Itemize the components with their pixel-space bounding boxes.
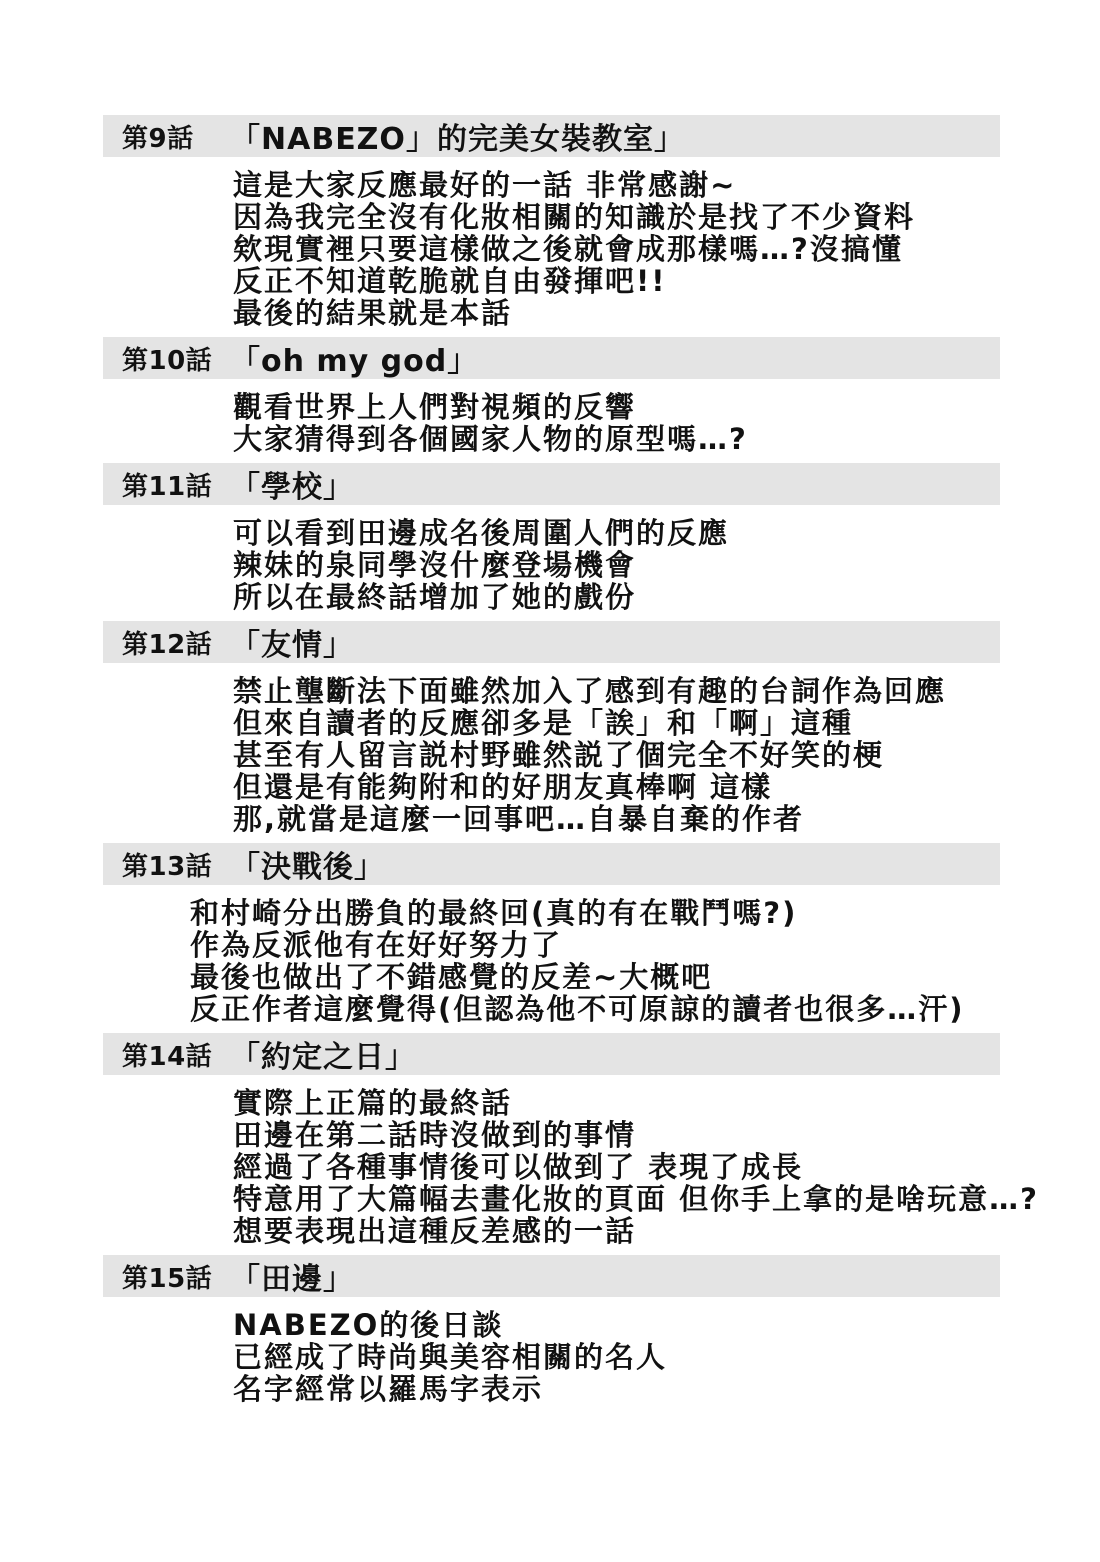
afterword-page: 第9話 「NABEZO」的完美女裝教室」 這是大家反應最好的一話 非常感謝~ 因… [0,0,1100,1562]
comment-line: 所以在最終話增加了她的戲份 [233,581,1000,613]
chapter-heading: 第15話 「田邊」 [103,1255,1000,1297]
chapter-section-13: 第13話 「決戰後」 和村崎分出勝負的最終回(真的有在戰鬥嗎?) 作為反派他有在… [103,843,1000,1025]
chapter-heading: 第9話 「NABEZO」的完美女裝教室」 [103,115,1000,157]
comment-line: 但還是有能夠附和的好朋友真棒啊 這樣 [233,771,1000,803]
comment-line: 禁止壟斷法下面雖然加入了感到有趣的台詞作為回應 [233,675,1000,707]
chapter-title: 「NABEZO」的完美女裝教室」 [230,114,685,158]
comment-line: 作為反派他有在好好努力了 [190,929,1000,961]
chapter-section-10: 第10話 「oh my god」 觀看世界上人們對視頻的反響 大家猜得到各個國家… [103,337,1000,455]
comment-line: 可以看到田邊成名後周圍人們的反應 [233,517,1000,549]
chapter-number: 第12話 [122,624,230,661]
comment-line: 因為我完全沒有化妝相關的知識於是找了不少資料 [233,201,1000,233]
chapter-number: 第11話 [122,466,230,503]
chapter-title: 「oh my god」 [230,336,478,380]
chapter-section-9: 第9話 「NABEZO」的完美女裝教室」 這是大家反應最好的一話 非常感謝~ 因… [103,115,1000,329]
chapter-title: 「田邊」 [230,1254,354,1298]
chapter-number: 第10話 [122,340,230,377]
comment-line: 甚至有人留言説村野雖然説了個完全不好笑的梗 [233,739,1000,771]
comment-line: 但來自讀者的反應卻多是「誒」和「啊」這種 [233,707,1000,739]
comment-line: 特意用了大篇幅去畫化妝的頁面 但你手上拿的是啥玩意…? [233,1183,1000,1215]
comment-line: 那,就當是這麼一回事吧…自暴自棄的作者 [233,803,1000,835]
comment-line: 已經成了時尚與美容相關的名人 [233,1341,1000,1373]
chapter-heading: 第14話 「約定之日」 [103,1033,1000,1075]
comment-line: 經過了各種事情後可以做到了 表現了成長 [233,1151,1000,1183]
comment-line: 實際上正篇的最終話 [233,1087,1000,1119]
comment-line: 田邊在第二話時沒做到的事情 [233,1119,1000,1151]
chapter-comments: 可以看到田邊成名後周圍人們的反應 辣妹的泉同學沒什麼登場機會 所以在最終話增加了… [233,517,1000,613]
chapter-section-12: 第12話 「友情」 禁止壟斷法下面雖然加入了感到有趣的台詞作為回應 但來自讀者的… [103,621,1000,835]
comment-line: 反正作者這麼覺得(但認為他不可原諒的讀者也很多…汗) [190,993,1000,1025]
chapter-heading: 第11話 「學校」 [103,463,1000,505]
chapter-heading: 第12話 「友情」 [103,621,1000,663]
chapter-number: 第13話 [122,846,230,883]
comment-line: 和村崎分出勝負的最終回(真的有在戰鬥嗎?) [190,897,1000,929]
comment-line: NABEZO的後日談 [233,1309,1000,1341]
comment-line: 這是大家反應最好的一話 非常感謝~ [233,169,1000,201]
comment-line: 欸現實裡只要這樣做之後就會成那樣嗎…?沒搞懂 [233,233,1000,265]
page-content: 第9話 「NABEZO」的完美女裝教室」 這是大家反應最好的一話 非常感謝~ 因… [0,0,1000,1405]
chapter-comments: 和村崎分出勝負的最終回(真的有在戰鬥嗎?) 作為反派他有在好好努力了 最後也做出… [190,897,1000,1025]
comment-line: 最後的結果就是本話 [233,297,1000,329]
comment-line: 觀看世界上人們對視頻的反響 [233,391,1000,423]
chapter-heading: 第13話 「決戰後」 [103,843,1000,885]
comment-line: 反正不知道乾脆就自由發揮吧!! [233,265,1000,297]
chapter-title: 「學校」 [230,462,354,506]
chapter-title: 「友情」 [230,620,354,664]
comment-line: 辣妹的泉同學沒什麼登場機會 [233,549,1000,581]
chapter-comments: 這是大家反應最好的一話 非常感謝~ 因為我完全沒有化妝相關的知識於是找了不少資料… [233,169,1000,329]
chapter-comments: NABEZO的後日談 已經成了時尚與美容相關的名人 名字經常以羅馬字表示 [233,1309,1000,1405]
chapter-section-11: 第11話 「學校」 可以看到田邊成名後周圍人們的反應 辣妹的泉同學沒什麼登場機會… [103,463,1000,613]
chapter-comments: 禁止壟斷法下面雖然加入了感到有趣的台詞作為回應 但來自讀者的反應卻多是「誒」和「… [233,675,1000,835]
chapter-number: 第14話 [122,1036,230,1073]
comment-line: 大家猜得到各個國家人物的原型嗎…? [233,423,1000,455]
chapter-heading: 第10話 「oh my god」 [103,337,1000,379]
comment-line: 最後也做出了不錯感覺的反差~大概吧 [190,961,1000,993]
chapter-section-14: 第14話 「約定之日」 實際上正篇的最終話 田邊在第二話時沒做到的事情 經過了各… [103,1033,1000,1247]
comment-line: 想要表現出這種反差感的一話 [233,1215,1000,1247]
chapter-title: 「決戰後」 [230,842,385,886]
chapter-section-15: 第15話 「田邊」 NABEZO的後日談 已經成了時尚與美容相關的名人 名字經常… [103,1255,1000,1405]
chapter-number: 第9話 [122,118,230,155]
chapter-number: 第15話 [122,1258,230,1295]
chapter-title: 「約定之日」 [230,1032,416,1076]
chapter-comments: 實際上正篇的最終話 田邊在第二話時沒做到的事情 經過了各種事情後可以做到了 表現… [233,1087,1000,1247]
comment-line: 名字經常以羅馬字表示 [233,1373,1000,1405]
chapter-comments: 觀看世界上人們對視頻的反響 大家猜得到各個國家人物的原型嗎…? [233,391,1000,455]
